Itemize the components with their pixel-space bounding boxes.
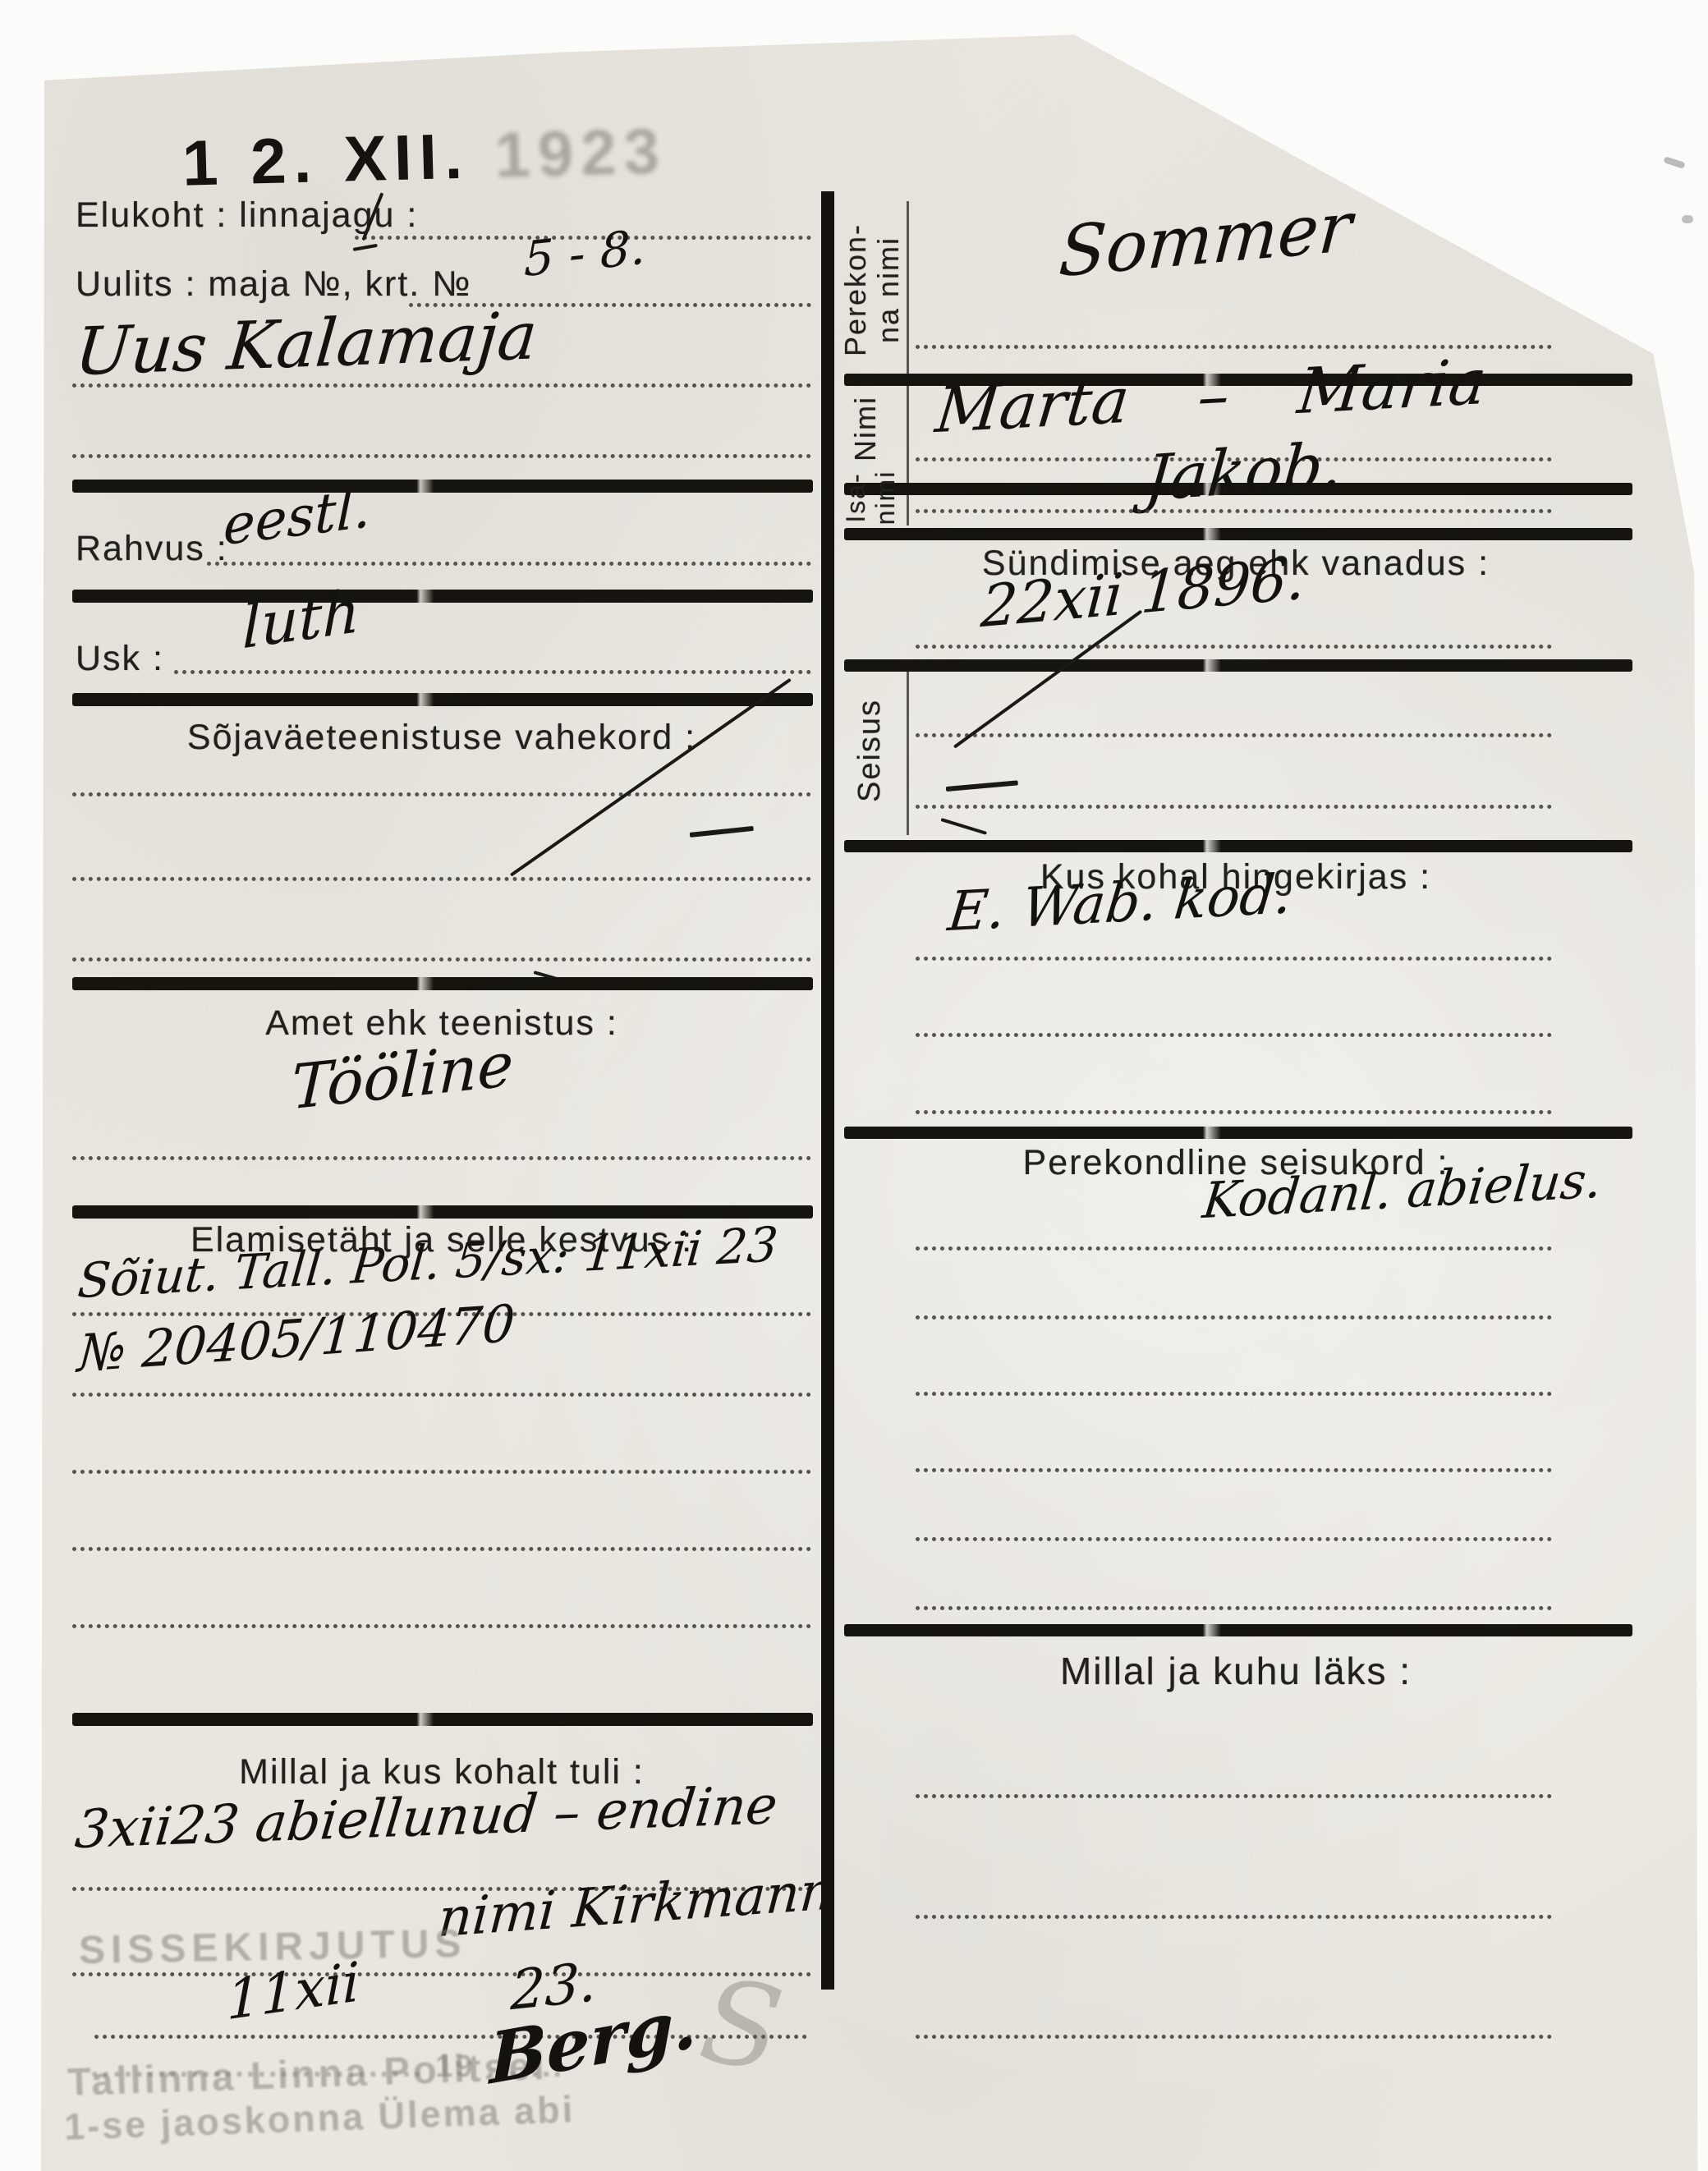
- section-divider-bar: [72, 480, 813, 493]
- section-divider-bar: [844, 1127, 1632, 1139]
- dotted-fill-line: [916, 1468, 1552, 1472]
- military-dash-mark: [510, 678, 792, 877]
- label-separator-line: [907, 669, 909, 835]
- linnajagu-tick-mark: [353, 244, 378, 251]
- dotted-fill-line: [916, 733, 1552, 737]
- dotted-fill-line: [916, 1392, 1552, 1396]
- dotted-fill-line: [916, 805, 1552, 809]
- label-separator-line: [907, 201, 909, 526]
- dotted-fill-line: [916, 1315, 1552, 1320]
- section-divider-bar: [72, 693, 813, 706]
- dotted-fill-line: [916, 509, 1552, 513]
- dotted-fill-line: [916, 1915, 1552, 1919]
- dotted-fill-line: [916, 2035, 1552, 2039]
- father-name-field-label: Isa- nimi: [841, 461, 907, 534]
- column-divider-line: [821, 191, 834, 1990]
- dirt-speck: [1682, 215, 1693, 223]
- dotted-fill-line: [72, 792, 811, 796]
- dotted-fill-line: [916, 1537, 1552, 1541]
- date-stamp-text: 1 2. XII.: [181, 120, 471, 200]
- dotted-fill-line: [207, 562, 811, 566]
- section-divider-bar: [72, 1713, 813, 1726]
- surname-label-line2: na nimi: [872, 204, 905, 376]
- registration-card-scan: 1 2. XII. 1923 Elukoht : linnajagu : Uul…: [0, 0, 1708, 2171]
- departure-label: Millal ja kuhu läks :: [916, 1649, 1556, 1693]
- first-name-entry: Marta – Maria: [932, 345, 1490, 448]
- date-stamp-year: 1923: [494, 114, 668, 190]
- residence-permit-entry-line2: № 20405/110470: [76, 1293, 517, 1384]
- dotted-fill-line: [916, 1033, 1552, 1037]
- dotted-fill-line: [72, 1624, 811, 1628]
- arrival-entry-line2: nimi Kirkmann: [436, 1861, 835, 1949]
- dotted-fill-line: [916, 645, 1552, 649]
- dotted-fill-line: [916, 1110, 1552, 1114]
- paper-sheet: 1 2. XII. 1923 Elukoht : linnajagu : Uul…: [0, 0, 1708, 2171]
- apartment-number-entry: 5 - 8.: [524, 218, 645, 287]
- dotted-fill-line: [72, 1547, 811, 1551]
- military-service-label: Sõjaväeteenistuse vahekord :: [72, 718, 811, 758]
- dotted-fill-line: [72, 1972, 811, 1976]
- dotted-fill-line: [916, 1794, 1552, 1798]
- street-label: Uulits : maja №, krt. №: [76, 264, 471, 305]
- surname-field-label: Perekon- na nimi: [839, 204, 905, 376]
- status-label: Seisus: [846, 670, 893, 831]
- section-divider-bar: [844, 528, 1632, 540]
- street-entry: Uus Kalamaja: [72, 297, 540, 390]
- dotted-fill-line: [916, 1606, 1552, 1610]
- dirt-speck: [1663, 156, 1685, 169]
- date-stamp: 1 2. XII. 1923: [181, 113, 668, 200]
- dotted-fill-line: [916, 957, 1552, 961]
- religion-label: Usk :: [76, 639, 164, 679]
- surname-label-line1: Perekon-: [839, 204, 872, 376]
- father-label-line2: nimi: [870, 461, 900, 534]
- dotted-fill-line: [72, 877, 811, 881]
- dotted-fill-line: [72, 383, 811, 388]
- section-divider-bar: [72, 977, 813, 990]
- dotted-fill-line: [72, 957, 811, 962]
- military-dash-mark: [690, 826, 754, 838]
- status-dash-mark: [946, 780, 1018, 792]
- section-divider-bar: [844, 840, 1632, 852]
- section-divider-bar: [844, 659, 1632, 672]
- section-divider-bar: [72, 590, 813, 603]
- dotted-fill-line: [916, 1246, 1552, 1251]
- status-dash-mark: [940, 818, 987, 835]
- status-field-label: Seisus: [846, 670, 893, 831]
- dotted-fill-line: [72, 1156, 811, 1160]
- nationality-label: Rahvus :: [76, 529, 228, 569]
- section-divider-bar: [844, 1624, 1632, 1636]
- dotted-fill-line: [72, 454, 811, 458]
- surname-entry: Sommer: [1057, 186, 1355, 292]
- father-name-entry: Jakob.: [1142, 428, 1346, 516]
- dotted-fill-line: [174, 670, 811, 674]
- father-label-line1: Isa-: [841, 461, 870, 534]
- dotted-fill-line: [72, 1470, 811, 1474]
- section-divider-bar: [72, 1205, 813, 1219]
- dotted-fill-line: [72, 1393, 811, 1397]
